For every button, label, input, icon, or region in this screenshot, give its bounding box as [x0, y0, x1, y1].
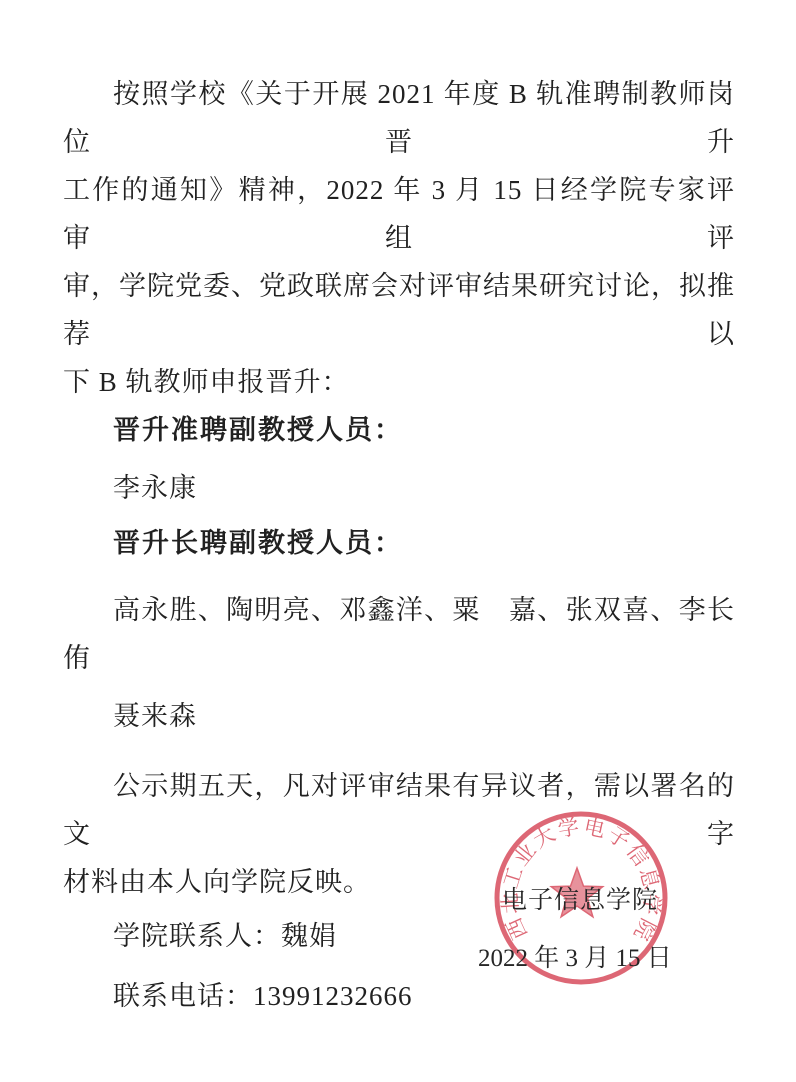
section-associate-tenured: 晋升长聘副教授人员：	[63, 519, 735, 567]
section-associate-pre-tenure: 晋升准聘副教授人员：	[63, 406, 735, 454]
paragraph-line: 按照学校《关于开展 2021 年度 B 轨准聘制教师岗位晋升	[63, 70, 735, 166]
paragraph-line: 下 B 轨教师申报晋升：	[63, 358, 735, 406]
section-heading: 晋升准聘副教授人员：	[63, 406, 735, 454]
promotion-names-block: 高永胜、陶明亮、邓鑫洋、粟 嘉、张双喜、李长侑	[63, 586, 735, 682]
promotion-names-line: 高永胜、陶明亮、邓鑫洋、粟 嘉、张双喜、李长侑	[63, 586, 735, 682]
promotion-name: 聂来森	[63, 692, 735, 740]
intro-paragraph: 按照学校《关于开展 2021 年度 B 轨准聘制教师岗位晋升 工作的通知》精神，…	[63, 70, 735, 406]
promotion-names-block: 聂来森	[63, 692, 735, 740]
paragraph-line: 审，学院党委、党政联席会对评审结果研究讨论，拟推荐以	[63, 262, 735, 358]
signature-date: 2022 年 3 月 15 日	[478, 944, 672, 974]
section-heading: 晋升长聘副教授人员：	[63, 519, 735, 567]
promotion-name-block: 李永康	[63, 464, 735, 512]
promotion-name: 李永康	[63, 464, 735, 512]
paragraph-line: 工作的通知》精神，2022 年 3 月 15 日经学院专家评审组评	[63, 166, 735, 262]
notice-document-page: 按照学校《关于开展 2021 年度 B 轨准聘制教师岗位晋升 工作的通知》精神，…	[0, 0, 796, 1082]
signature-org: 电子信息学院	[502, 886, 658, 916]
